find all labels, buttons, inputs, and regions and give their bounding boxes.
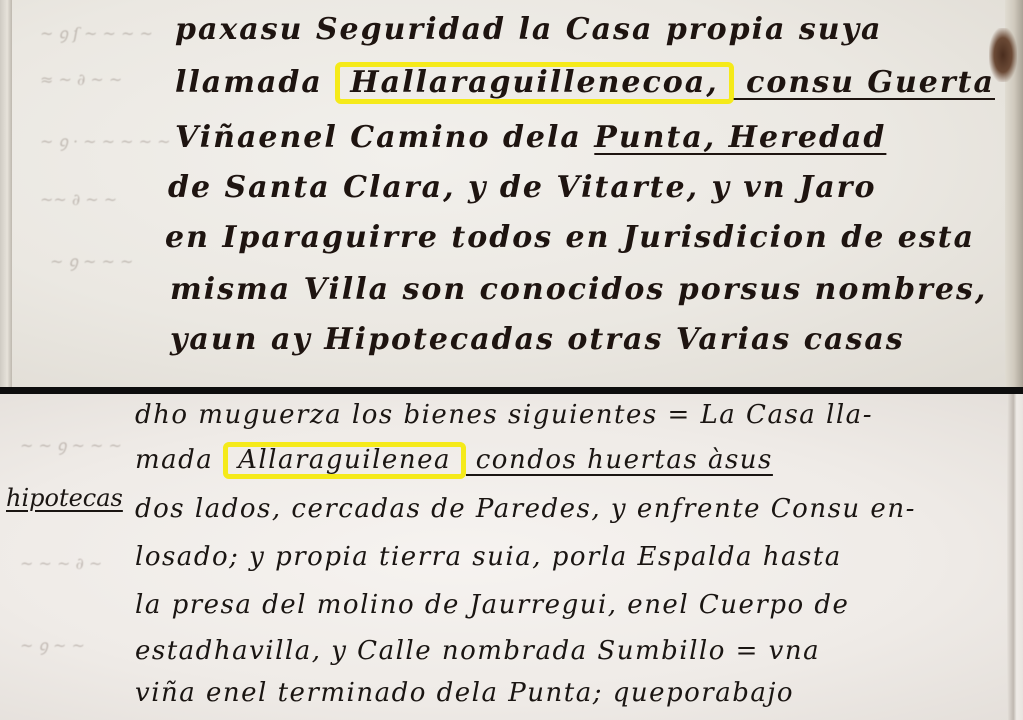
bleed-through-text: ~ ꝯ ~ ~	[20, 634, 85, 656]
bleed-through-text: ~ ~ ꝯ ~ ~ ~	[20, 434, 122, 456]
bleed-through-text: ~ ꝯ · ~ ~ ~ ~ ~	[40, 130, 171, 152]
manuscript-line-2: mada Allaraguilenea condos huertas àsus	[135, 442, 773, 479]
highlighted-place-name: Allaraguilenea	[223, 442, 466, 479]
highlighted-place-name: Hallaraguillenecoa,	[335, 62, 733, 104]
bottom-manuscript-excerpt: ~ ~ ꝯ ~ ~ ~ ~ ~ ~ ∂ ~ ~ ꝯ ~ ~ hipotecas …	[0, 394, 1023, 720]
manuscript-line-3: dos lados, cercadas de Paredes, y enfren…	[135, 494, 916, 524]
manuscript-line-5: en Iparaguirre todos en Jurisdicion de e…	[165, 220, 975, 255]
manuscript-line-1: dho muguerza los bienes siguientes = La …	[135, 400, 873, 430]
manuscript-line-7: viña enel terminado dela Punta; queporab…	[135, 678, 794, 708]
manuscript-line-7: yaun ay Hipotecadas otras Varias casas	[170, 322, 905, 357]
manuscript-line-6: misma Villa son conocidos porsus nombres…	[170, 272, 987, 307]
manuscript-line-6: estadhavilla, y Calle nombrada Sumbillo …	[135, 636, 820, 666]
manuscript-line-1: paxasu Seguridad la Casa propia suya	[175, 12, 882, 47]
manuscript-line-3: Viñaenel Camino dela Punta, Heredad	[175, 120, 886, 155]
bleed-through-text: ~ ~ ~ ∂ ~	[20, 554, 102, 573]
manuscript-line-2: llamada Hallaraguillenecoa, consu Guerta	[175, 62, 995, 104]
bleed-through-text: ~~ ∂ ~ ~	[40, 190, 117, 209]
manuscript-line-5: la presa del molino de Jaurregui, enel C…	[135, 590, 849, 620]
page-edge-right	[1007, 394, 1023, 720]
bleed-through-text: ~ ꝯ ~ ~ ~	[50, 250, 133, 272]
margin-note: hipotecas	[6, 484, 123, 512]
bleed-through-text: ~ ꝯ ſ ~ ~ ~ ~	[40, 22, 153, 44]
top-manuscript-excerpt: ~ ꝯ ſ ~ ~ ~ ~ ≈ ~ ∂ ~ ~ ~ ꝯ · ~ ~ ~ ~ ~ …	[0, 0, 1023, 388]
bleed-through-text: ≈ ~ ∂ ~ ~	[40, 70, 122, 89]
manuscript-line-4: losado; y propia tierra suia, porla Espa…	[135, 542, 842, 572]
page-edge-left	[0, 0, 12, 388]
manuscript-line-4: de Santa Clara, y de Vitarte, y vn Jaro	[168, 170, 876, 205]
